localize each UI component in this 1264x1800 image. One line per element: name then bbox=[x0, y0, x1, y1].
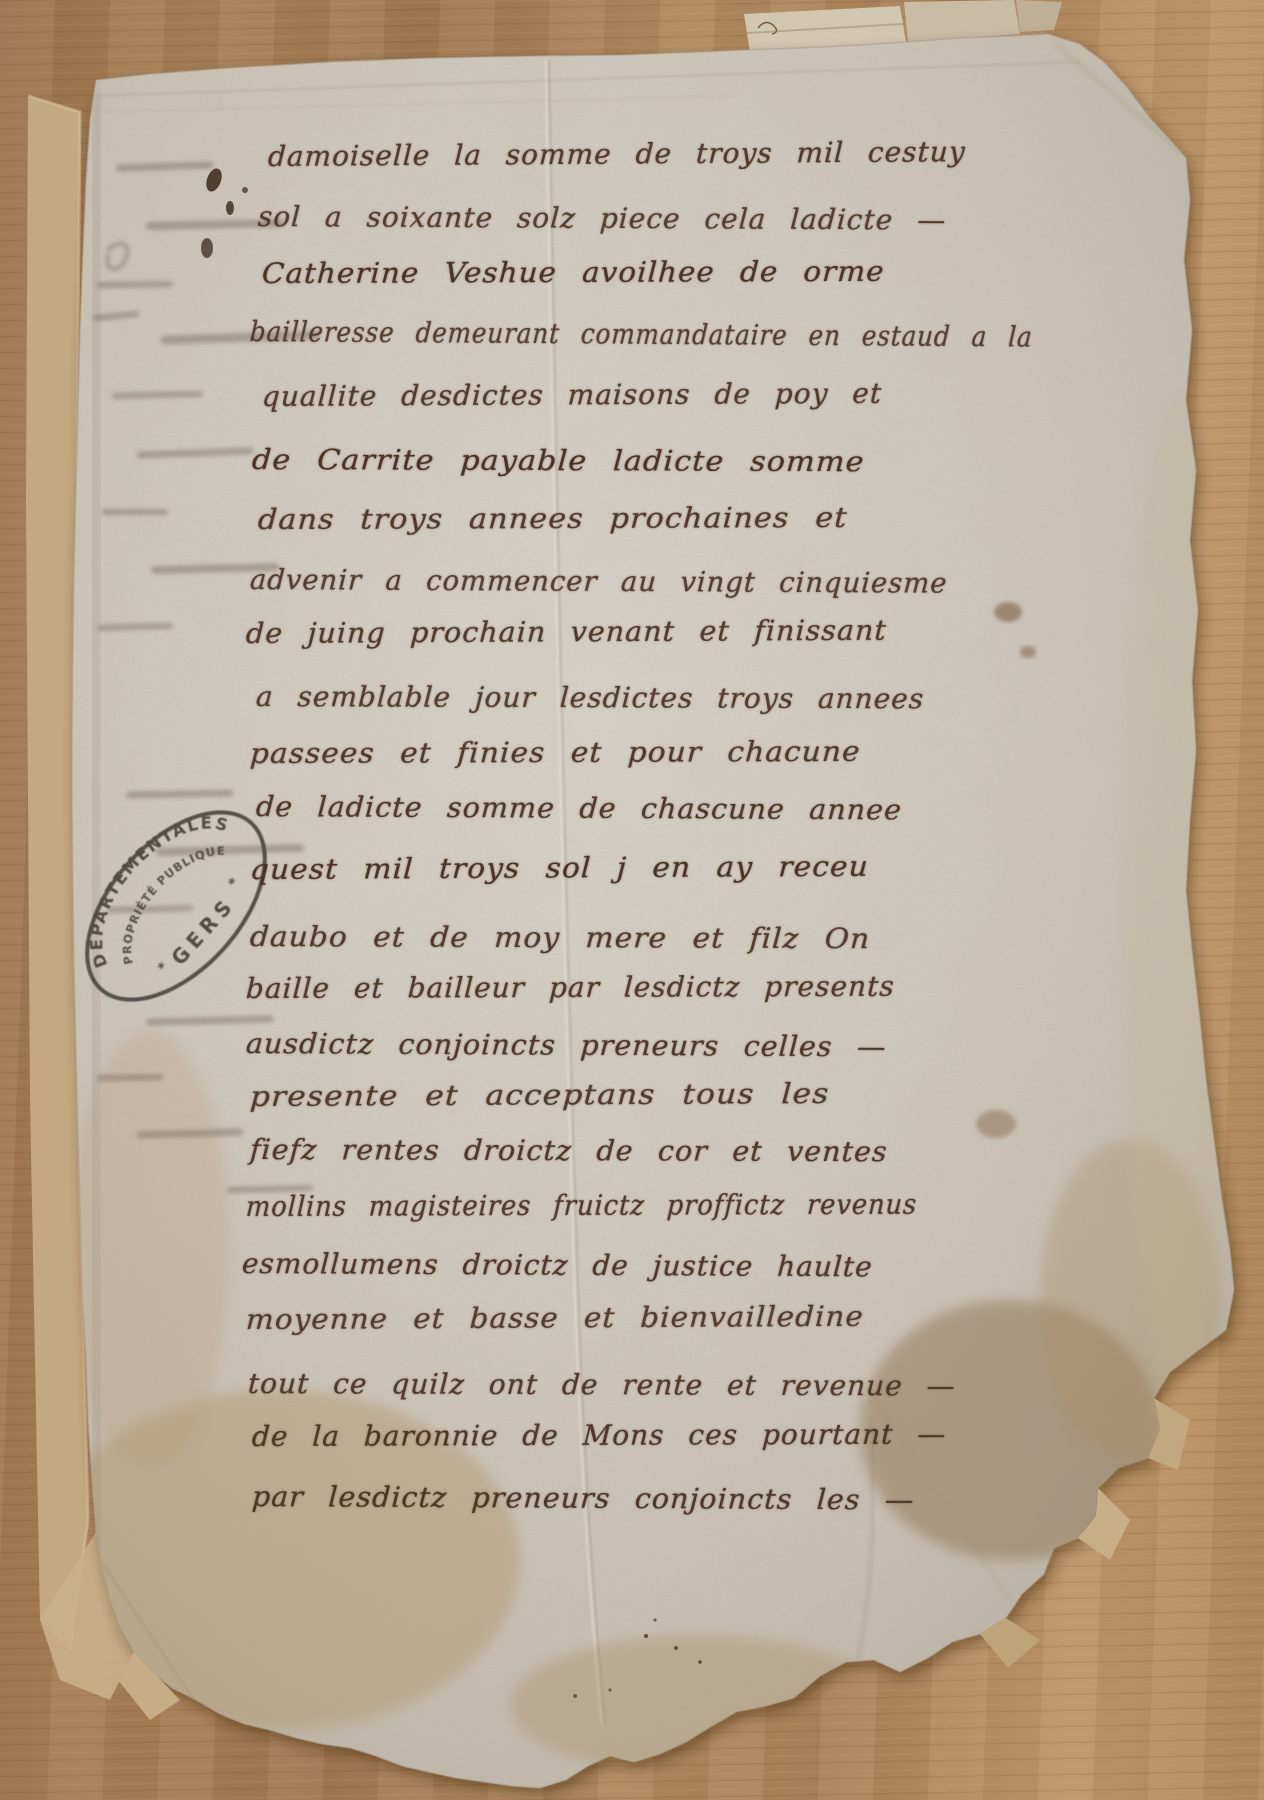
manuscript-line: de Carrite payable ladicte somme bbox=[251, 443, 866, 478]
manuscript-line: advenir a commencer au vingt cinquiesme bbox=[249, 563, 948, 600]
manuscript-line: damoiselle la somme de troys mil cestuy bbox=[267, 135, 966, 173]
manuscript-line: a semblable jour lesdictes troys annees bbox=[255, 680, 925, 715]
manuscript-line: sol a soixante solz piece cela ladicte — bbox=[257, 200, 947, 237]
manuscript-line: tout ce quilz ont de rente et revenue — bbox=[247, 1367, 957, 1402]
manuscript-line: fiefz rentes droictz de cor et ventes bbox=[249, 1133, 889, 1168]
photo-scene: DÉPARTEMENTALES PROPRIÉTÉ PUBLIQUE GERS … bbox=[0, 0, 1264, 1800]
manuscript-line: moyenne et basse et bienvailledine bbox=[245, 1300, 865, 1336]
manuscript-text: damoiselle la somme de troys mil cestuys… bbox=[0, 0, 1264, 1800]
manuscript-line: esmollumens droictz de justice haulte bbox=[241, 1247, 874, 1283]
manuscript-line: daubo et de moy mere et filz On bbox=[249, 920, 871, 955]
manuscript-line: par lesdictz preneurs conjoincts les — bbox=[251, 1480, 915, 1516]
manuscript-line: Catherine Veshue avoilhee de orme bbox=[261, 255, 885, 290]
manuscript-line: de juing prochain venant et finissant bbox=[245, 614, 888, 650]
manuscript-line: passees et finies et pour chacune bbox=[249, 735, 861, 770]
manuscript-line: quest mil troys sol j en ay receu bbox=[249, 850, 869, 886]
manuscript-line: baille et bailleur par lesdictz presents bbox=[245, 970, 895, 1005]
manuscript-line: de la baronnie de Mons ces pourtant — bbox=[251, 1418, 947, 1453]
manuscript-line: de ladicte somme de chascune annee bbox=[255, 790, 903, 826]
manuscript-line: ausdictz conjoincts preneurs celles — bbox=[245, 1027, 888, 1063]
manuscript-line: dans troys annees prochaines et bbox=[257, 501, 848, 536]
manuscript-line: mollins magisteires fruictz proffictz re… bbox=[245, 1188, 918, 1223]
manuscript-line: bailleresse demeurant commandataire en e… bbox=[249, 315, 1034, 353]
manuscript-line: quallite desdictes maisons de poy et bbox=[261, 377, 883, 413]
manuscript-line: presente et acceptans tous les bbox=[249, 1077, 830, 1113]
